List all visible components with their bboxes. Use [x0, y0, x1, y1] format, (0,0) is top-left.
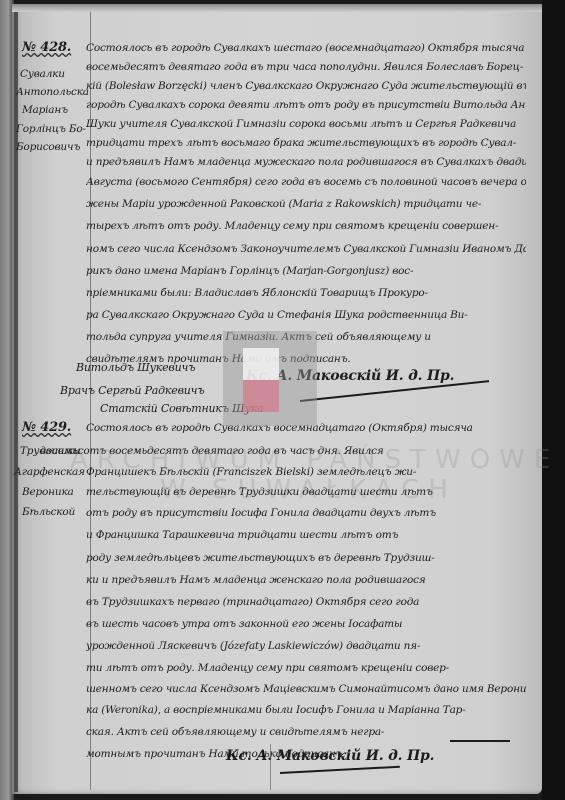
- act-text-line: номъ сего числа Ксендзомъ Законоучителем…: [86, 243, 526, 255]
- act-number-428: № 428.: [22, 40, 71, 55]
- act-text-line: отъ роду въ присутствіи Іосифа Гонила дв…: [86, 507, 526, 519]
- flag-red-band: [243, 380, 279, 412]
- act-text-line: восемьсотъ восемьдесятъ девятаго года въ…: [40, 445, 526, 457]
- act-number-429: № 429.: [22, 420, 71, 435]
- witness-signature: Врачъ Сергѣй Радкевичъ: [60, 384, 204, 397]
- act-text-line: ра Сувалкскаго Окружнаго Суда и Стефанія…: [86, 309, 526, 321]
- act-text-line: Шуки учителя Сувалкской Гимназіи сорока …: [86, 118, 526, 130]
- margin-note-line: Борисовичъ: [16, 141, 80, 153]
- act-text-line: ти лѣтъ отъ роду. Младенцу сему при свят…: [86, 662, 526, 674]
- margin-note-line: Горлінцъ Бо-: [16, 123, 86, 135]
- act-text-line: въ шесть часовъ утра отъ законной его же…: [86, 618, 526, 630]
- act-text-line: Францишекъ Бѣльскій (Franciszek Bielski)…: [86, 466, 526, 478]
- margin-note-line: Бѣльской: [22, 506, 75, 518]
- act-text-line: рикъ дано имена Маріанъ Горлінцъ (Marjan…: [86, 265, 526, 277]
- flag-white-band: [243, 348, 279, 380]
- margin-note-line: Маріанъ: [22, 104, 68, 116]
- act-text-line: шенномъ сего числа Ксендзомъ Маціевскимъ…: [86, 683, 526, 695]
- official-signature: Кс. А. Маковскій И. д. Пр.: [226, 748, 434, 764]
- act-text-line: тридцати трехъ лѣтъ восьмаго брака жител…: [86, 137, 526, 149]
- line-end-stroke: [450, 740, 510, 742]
- act-text-line: ская. Актъ сей объявляющему и свидѣтелям…: [86, 726, 526, 738]
- act-text-line: ки и предъявилъ Намъ младенца женскаго п…: [86, 574, 526, 586]
- act-text-line: городѣ Сувалкахъ сорока девяти лѣтъ отъ …: [86, 99, 526, 111]
- act-text-line: Состоялось въ городѣ Сувалкахъ шестаго (…: [86, 42, 526, 54]
- margin-note-line: Антопольска: [16, 86, 89, 98]
- margin-note-line: Агарфенская: [14, 466, 85, 478]
- act-text-line: восемьдесятъ девятаго года въ три часа п…: [86, 61, 526, 73]
- act-text-line: ка (Weronika), а воспріемниками были Іос…: [86, 704, 526, 716]
- margin-note-line: Сувалки: [20, 68, 65, 80]
- act-text-line: Августа (восьмого Сентября) сего года въ…: [86, 176, 526, 188]
- act-text-line: и предъявилъ Намъ младенца мужескаго пол…: [86, 156, 526, 168]
- page-top-edge: [12, 4, 542, 12]
- act-text-line: роду земледѣльцевъ жительствующихъ въ де…: [86, 552, 526, 564]
- witness-signature: Витольдъ Шукевичъ: [76, 361, 195, 374]
- scan-background-right: [542, 0, 565, 800]
- act-text-line: урожденной Ляскевичъ (Józefaty Laskiewic…: [86, 640, 526, 652]
- archive-flag-overlay: [223, 331, 317, 426]
- act-text-line: жены Маріи урожденной Раковской (Maria z…: [86, 198, 526, 210]
- act-text-line: кій (Bolesław Borzęcki) членъ Сувалкскаг…: [86, 80, 526, 92]
- margin-note-line: Вероника: [22, 486, 74, 498]
- act-text-line: въ Трудзишкахъ перваго (тринадцатаго) Ок…: [86, 596, 526, 608]
- act-text-line: пріемниками были: Владиславъ Яблонскій Т…: [86, 287, 526, 299]
- act-text-line: и Францишка Тарашкевича тридцати шести л…: [86, 529, 526, 541]
- act-text-line: тырехъ лѣтъ отъ роду. Младенцу сему при …: [86, 220, 526, 232]
- act-text-line: тельствующій въ деревнѣ Трудзишки двадца…: [86, 486, 526, 498]
